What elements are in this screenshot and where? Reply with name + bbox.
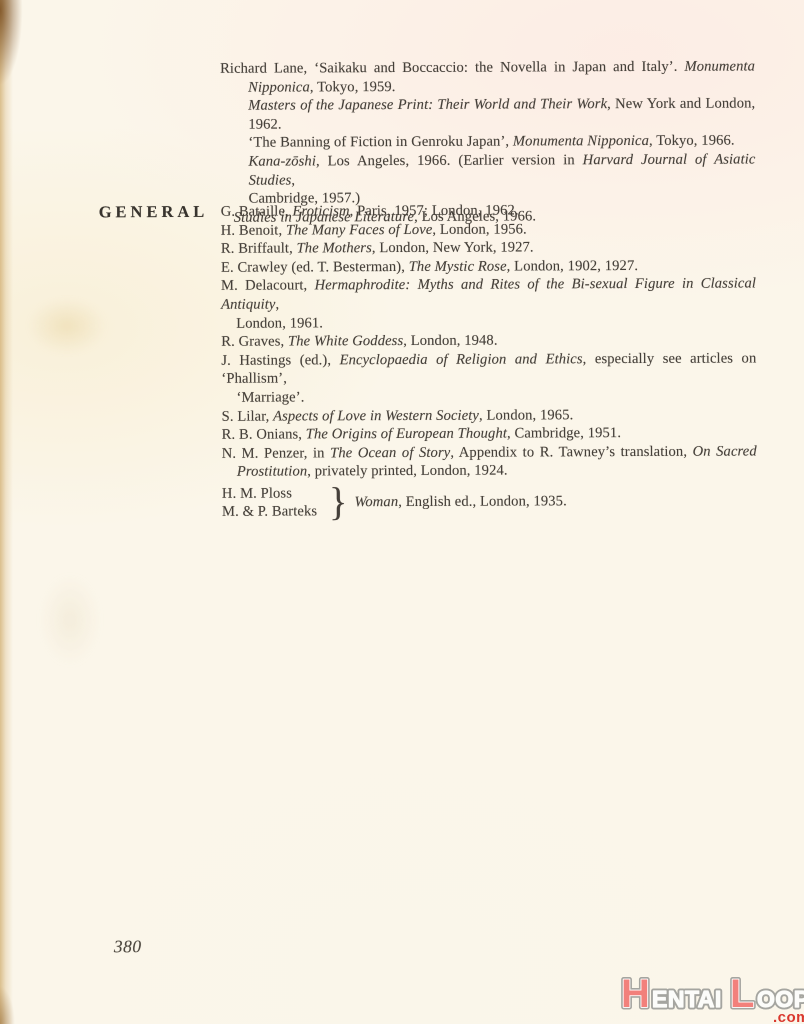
- bibliography-line: Prostitution, privately printed, London,…: [222, 461, 757, 482]
- bib-text: ‘Marriage’.: [236, 389, 304, 405]
- bib-text: E. Crawley (ed. T. Besterman),: [221, 259, 409, 276]
- bib-text: , English ed., London, 1935.: [398, 493, 567, 510]
- work-title: Eroticism: [292, 203, 349, 219]
- page-number: 380: [114, 936, 142, 957]
- bib-text: , privately printed, London, 1924.: [307, 463, 507, 480]
- bib-text: R. Graves,: [221, 334, 288, 350]
- work-title: Monumenta Nipponica: [513, 133, 649, 150]
- work-title: The Origins of European Thought: [306, 426, 507, 443]
- work-title: Kana-zōshi: [248, 153, 316, 169]
- bib-text: , London, 1902, 1927.: [507, 258, 638, 275]
- bibliography-line: G. Bataille, Eroticism, Paris, 1957; Lon…: [221, 200, 756, 221]
- section-label-general: GENERAL: [99, 203, 209, 222]
- brace-entry-citation: Woman, English ed., London, 1935.: [354, 492, 566, 514]
- bibliography-line: Nipponica, Tokyo, 1959.: [220, 76, 755, 97]
- author-name: H. M. Ploss: [222, 485, 317, 503]
- work-title: Woman: [354, 494, 398, 510]
- author-name: M. & P. Barteks: [222, 503, 317, 521]
- work-title: The White Goddess: [288, 333, 403, 350]
- work-title: On Sacred: [693, 443, 757, 459]
- bib-text: H. Benoit,: [221, 222, 286, 238]
- bib-text: R. B. Onians,: [222, 427, 306, 443]
- work-title: The Many Faces of Love: [286, 221, 433, 238]
- work-title: The Mystic Rose: [409, 258, 507, 274]
- bibliography-line: S. Lilar, Aspects of Love in Western Soc…: [222, 405, 757, 426]
- work-title: The Mothers: [297, 240, 372, 256]
- bib-text: J. Hastings (ed.),: [221, 352, 339, 369]
- bibliography-line: Kana-zōshi, Los Angeles, 1966. (Earlier …: [220, 150, 755, 190]
- work-title: Masters of the Japanese Print: Their Wor…: [248, 96, 607, 114]
- bibliography-line: ‘The Banning of Fiction in Genroku Japan…: [220, 132, 755, 153]
- bib-text: ,: [291, 172, 295, 188]
- work-title: Aspects of Love in Western Society: [273, 407, 479, 424]
- bib-text: , Appendix to R. Tawney’s translation,: [450, 443, 692, 460]
- bibliography-line: E. Crawley (ed. T. Besterman), The Mysti…: [221, 256, 756, 277]
- bibliography-section-general: G. Bataille, Eroticism, Paris, 1957; Lon…: [221, 200, 757, 522]
- bib-text: , London, 1956.: [432, 221, 526, 237]
- watermark-letter-l: L: [730, 972, 754, 1016]
- bibliography-line: Richard Lane, ‘Saikaku and Boccaccio: th…: [220, 57, 755, 78]
- bibliography-line: N. M. Penzer, in The Ocean of Story, App…: [222, 442, 757, 463]
- watermark-letter-h: H: [621, 972, 650, 1016]
- bib-text: M. Delacourt,: [221, 278, 315, 294]
- bib-text: London, 1961.: [236, 315, 323, 331]
- watermark-word-entai: ENTAI: [652, 986, 722, 1012]
- bib-text: , Tokyo, 1959.: [310, 79, 396, 95]
- bibliography-line: Masters of the Japanese Print: Their Wor…: [220, 95, 755, 135]
- bib-text: N. M. Penzer, in: [222, 445, 330, 461]
- scanned-book-page: Richard Lane, ‘Saikaku and Boccaccio: th…: [0, 0, 804, 1024]
- watermark-logo: H ENTAI L OOP H ENTAI L OOP .com: [620, 965, 804, 1024]
- brace-entry: H. M. PlossM. & P. Barteks}Woman, Englis…: [222, 482, 757, 522]
- bibliography-line: R. B. Onians, The Origins of European Th…: [222, 424, 757, 445]
- bibliography-line: H. Benoit, The Many Faces of Love, Londo…: [221, 219, 756, 240]
- bibliography-line: R. Graves, The White Goddess, London, 19…: [221, 331, 756, 352]
- bib-text: , Tokyo, 1966.: [649, 133, 735, 149]
- work-title: Monumenta: [684, 58, 755, 74]
- page-content: Richard Lane, ‘Saikaku and Boccaccio: th…: [0, 0, 804, 1024]
- bib-text: ,: [275, 297, 279, 313]
- bib-text: , London, 1965.: [479, 407, 573, 423]
- bib-text: S. Lilar,: [222, 408, 274, 424]
- brace-entry-authors: H. M. PlossM. & P. Barteks: [222, 485, 317, 521]
- bib-text: , Cambridge, 1951.: [507, 425, 621, 441]
- bib-text: , Los Angeles, 1966. (Earlier version in: [316, 152, 583, 169]
- bib-text: ‘The Banning of Fiction in Genroku Japan…: [248, 134, 513, 151]
- work-title: Prostitution: [237, 464, 307, 480]
- bib-text: G. Bataille,: [221, 203, 293, 219]
- bib-text: , London, New York, 1927.: [372, 240, 534, 257]
- bib-text: , London, 1948.: [403, 333, 497, 349]
- bibliography-line: J. Hastings (ed.), Encyclopaedia of Reli…: [221, 349, 756, 389]
- brace-glyph: }: [329, 483, 348, 521]
- bibliography-line: ‘Marriage’.: [221, 386, 756, 407]
- bibliography-line: London, 1961.: [221, 312, 756, 333]
- work-title: The Ocean of Story: [330, 445, 450, 462]
- watermark-dotcom: .com: [773, 1009, 804, 1024]
- bibliography-line: R. Briffault, The Mothers, London, New Y…: [221, 238, 756, 259]
- bib-text: R. Briffault,: [221, 241, 297, 257]
- bib-text: Richard Lane, ‘Saikaku and Boccaccio: th…: [220, 59, 684, 77]
- bibliography-line: M. Delacourt, Hermaphrodite: Myths and R…: [221, 275, 756, 315]
- work-title: Encyclopaedia of Religion and Ethics: [340, 351, 583, 368]
- bib-text: , Paris, 1957; London, 1962.: [350, 202, 519, 219]
- work-title: Nipponica: [248, 79, 310, 95]
